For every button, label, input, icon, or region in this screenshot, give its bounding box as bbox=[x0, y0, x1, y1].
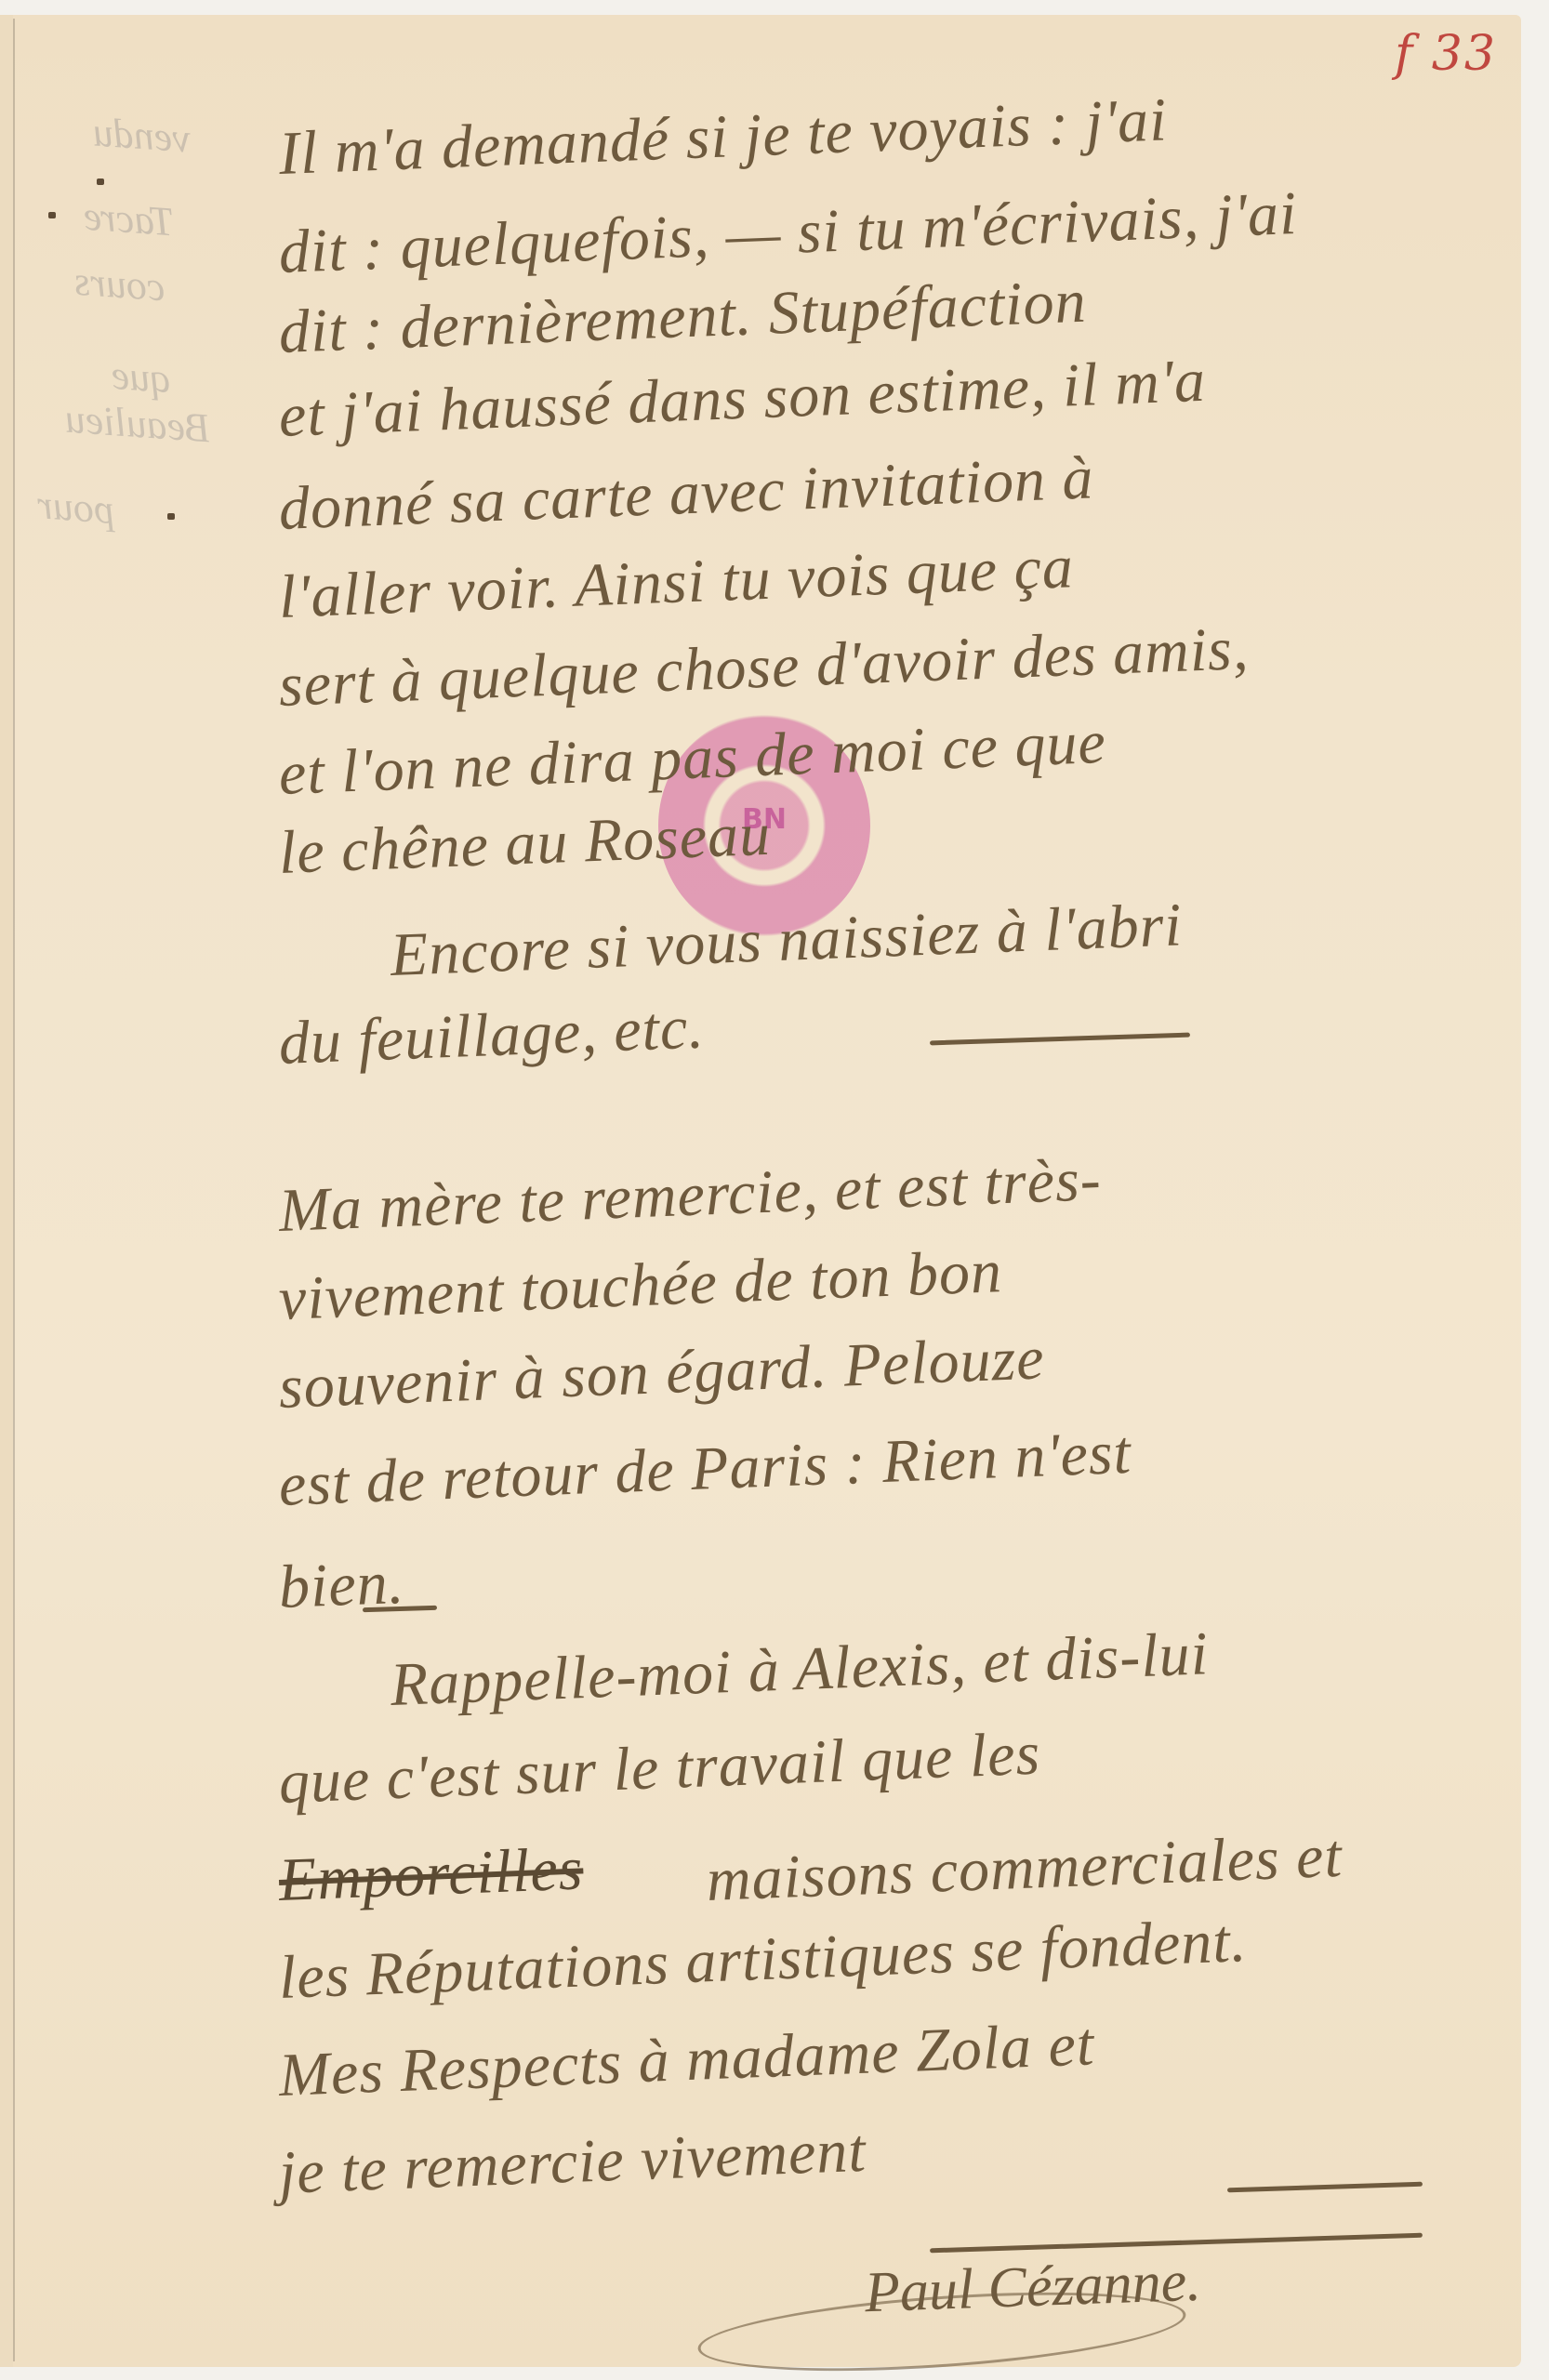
letter-line: bien. bbox=[278, 1548, 406, 1623]
signature: Paul Cézanne. bbox=[864, 2249, 1202, 2327]
folio-number: f 33 bbox=[1395, 26, 1497, 82]
struck-word: Emporcilles bbox=[278, 1833, 585, 1916]
bleed-through-text: vendu bbox=[91, 108, 192, 162]
bleed-through-text: Beaulieu bbox=[63, 395, 212, 453]
ink-speck bbox=[97, 178, 104, 185]
bleed-through-text: cours bbox=[73, 258, 166, 311]
adjacent-page-edge bbox=[0, 15, 13, 2367]
page-fold-line bbox=[13, 19, 15, 2361]
bleed-through-text: Tacre bbox=[82, 192, 175, 246]
ink-speck bbox=[167, 513, 175, 520]
ink-speck bbox=[48, 212, 56, 218]
bleed-through-text: que bbox=[110, 351, 172, 403]
bleed-through-text: pour bbox=[35, 481, 115, 534]
